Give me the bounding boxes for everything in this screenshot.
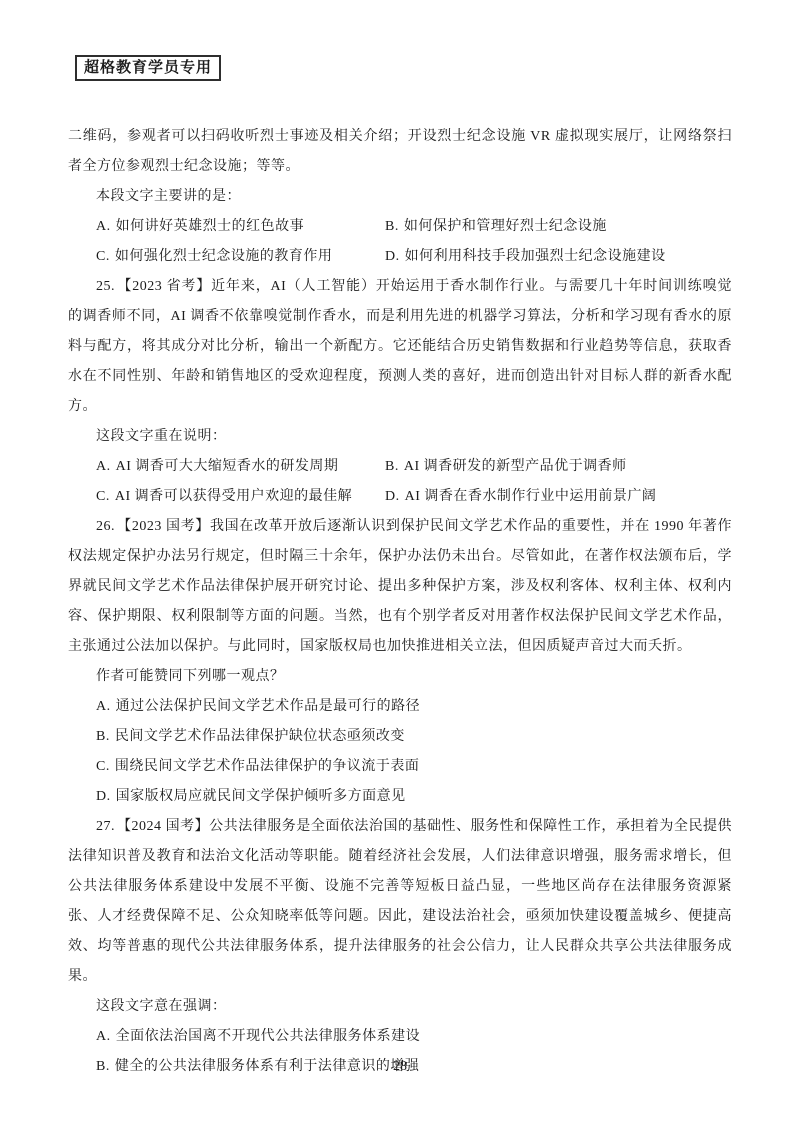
- question-prompt: 这段文字重在说明：: [68, 422, 732, 452]
- option-text: 全面依法治国离不开现代公共法律服务体系建设: [116, 1029, 421, 1044]
- passage-text: 27.【2024 国考】公共法律服务是全面依法治国的基础性、服务性和保障性工作，…: [68, 812, 732, 992]
- option-b: B.如何保护和管理好烈士纪念设施: [385, 212, 732, 242]
- option-text: 通过公法保护民间文学艺术作品是最可行的路径: [116, 699, 421, 714]
- passage-body: 近年来，AI（人工智能）开始运用于香水制作行业。与需要几十年时间训练嗅觉的调香师…: [68, 279, 732, 414]
- page-number: 28: [393, 1059, 407, 1074]
- option-label: D.: [385, 249, 400, 264]
- option-label: A.: [96, 459, 111, 474]
- passage-text: 二维码，参观者可以扫码收听烈士事迹及相关介绍；开设烈士纪念设施 VR 虚拟现实展…: [68, 122, 732, 182]
- question-block-26: 26.【2023 国考】我国在改革开放后逐渐认识到保护民间文学艺术作品的重要性，…: [68, 512, 732, 812]
- option-label: D.: [385, 489, 400, 504]
- option-text: 如何讲好英雄烈士的红色故事: [116, 219, 305, 234]
- options-row: C.AI 调香可以获得受用户欢迎的最佳解 D.AI 调香在香水制作行业中运用前景…: [96, 482, 732, 512]
- passage-text: 25.【2023 省考】近年来，AI（人工智能）开始运用于香水制作行业。与需要几…: [68, 272, 732, 422]
- options-row: A.AI 调香可大大缩短香水的研发周期 B.AI 调香研发的新型产品优于调香师: [96, 452, 732, 482]
- option-b: B.AI 调香研发的新型产品优于调香师: [385, 452, 732, 482]
- options-row: A.如何讲好英雄烈士的红色故事 B.如何保护和管理好烈士纪念设施: [96, 212, 732, 242]
- page-footer: 28: [0, 1054, 800, 1080]
- option-label: B.: [385, 459, 399, 474]
- question-number: 25.: [96, 279, 115, 294]
- option-label: C.: [96, 759, 110, 774]
- option-c: C.围绕民间文学艺术作品法律保护的争议流于表面: [96, 752, 732, 782]
- option-text: 国家版权局应就民间文学保护倾听多方面意见: [116, 789, 406, 804]
- option-d: D.如何利用科技手段加强烈士纪念设施建设: [385, 242, 732, 272]
- question-tag: 【2024 国考】: [117, 819, 209, 834]
- option-b: B.民间文学艺术作品法律保护缺位状态亟须改变: [96, 722, 732, 752]
- question-block-continuation: 二维码，参观者可以扫码收听烈士事迹及相关介绍；开设烈士纪念设施 VR 虚拟现实展…: [68, 122, 732, 272]
- passage-body: 我国在改革开放后逐渐认识到保护民间文学艺术作品的重要性，并在 1990 年著作权…: [68, 519, 732, 654]
- option-label: A.: [96, 219, 111, 234]
- passage-text: 26.【2023 国考】我国在改革开放后逐渐认识到保护民间文学艺术作品的重要性，…: [68, 512, 732, 662]
- option-d: D.国家版权局应就民间文学保护倾听多方面意见: [96, 782, 732, 812]
- question-tag: 【2023 国考】: [117, 519, 210, 534]
- question-block-25: 25.【2023 省考】近年来，AI（人工智能）开始运用于香水制作行业。与需要几…: [68, 272, 732, 512]
- option-text: 如何保护和管理好烈士纪念设施: [404, 219, 607, 234]
- option-a: A.AI 调香可大大缩短香水的研发周期: [96, 452, 385, 482]
- option-text: 如何利用科技手段加强烈士纪念设施建设: [405, 249, 666, 264]
- option-a: A.如何讲好英雄烈士的红色故事: [96, 212, 385, 242]
- question-tag: 【2023 省考】: [117, 279, 211, 294]
- question-number: 27.: [96, 819, 115, 834]
- option-label: D.: [96, 789, 111, 804]
- question-number: 26.: [96, 519, 115, 534]
- option-text: 围绕民间文学艺术作品法律保护的争议流于表面: [115, 759, 420, 774]
- document-page: 超格教育学员专用 二维码，参观者可以扫码收听烈士事迹及相关介绍；开设烈士纪念设施…: [0, 0, 800, 1132]
- option-text: 民间文学艺术作品法律保护缺位状态亟须改变: [115, 729, 405, 744]
- option-label: A.: [96, 699, 111, 714]
- question-prompt: 本段文字主要讲的是：: [68, 182, 732, 212]
- option-d: D.AI 调香在香水制作行业中运用前景广阔: [385, 482, 732, 512]
- header-badge: 超格教育学员专用: [75, 55, 221, 81]
- options-row: C.如何强化烈士纪念设施的教育作用 D.如何利用科技手段加强烈士纪念设施建设: [96, 242, 732, 272]
- option-label: B.: [385, 219, 399, 234]
- option-label: C.: [96, 489, 110, 504]
- question-prompt: 这段文字意在强调：: [68, 992, 732, 1022]
- option-label: C.: [96, 249, 110, 264]
- option-text: AI 调香在香水制作行业中运用前景广阔: [405, 489, 657, 504]
- option-c: C.如何强化烈士纪念设施的教育作用: [96, 242, 385, 272]
- question-block-27: 27.【2024 国考】公共法律服务是全面依法治国的基础性、服务性和保障性工作，…: [68, 812, 732, 1082]
- option-c: C.AI 调香可以获得受用户欢迎的最佳解: [96, 482, 385, 512]
- question-prompt: 作者可能赞同下列哪一观点？: [68, 662, 732, 692]
- option-a: A.通过公法保护民间文学艺术作品是最可行的路径: [96, 692, 732, 722]
- option-text: AI 调香研发的新型产品优于调香师: [404, 459, 627, 474]
- option-text: AI 调香可大大缩短香水的研发周期: [116, 459, 339, 474]
- document-body: 二维码，参观者可以扫码收听烈士事迹及相关介绍；开设烈士纪念设施 VR 虚拟现实展…: [68, 122, 732, 1082]
- option-text: 如何强化烈士纪念设施的教育作用: [115, 249, 333, 264]
- option-a: A.全面依法治国离不开现代公共法律服务体系建设: [96, 1022, 732, 1052]
- passage-body: 公共法律服务是全面依法治国的基础性、服务性和保障性工作，承担着为全民提供法律知识…: [68, 819, 732, 984]
- option-label: B.: [96, 729, 110, 744]
- option-text: AI 调香可以获得受用户欢迎的最佳解: [115, 489, 352, 504]
- option-label: A.: [96, 1029, 111, 1044]
